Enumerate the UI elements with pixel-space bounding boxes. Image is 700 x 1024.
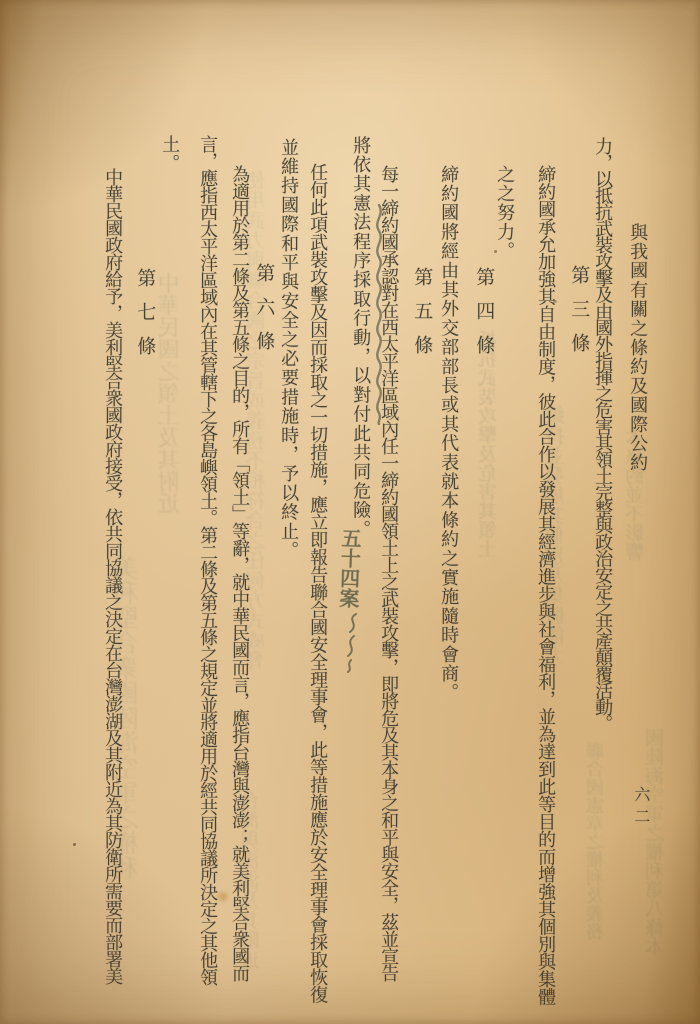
bleedthrough-text: 國陸海空軍之權利第八條本 bbox=[647, 728, 667, 956]
handwritten-note: 五十四案 bbox=[337, 528, 361, 609]
bleedthrough-text: 聯合國憲章之權利及義務 bbox=[587, 742, 606, 940]
article-4-heading: 第四條 bbox=[473, 267, 494, 369]
paper-stain bbox=[218, 892, 228, 901]
article-3-body-line-1: 締約國承允加強其自由制度，彼此合作以發展其經濟進步與社會福利，並為達到此等目的而… bbox=[536, 165, 556, 1005]
article-3-body-line-2: 之之努力。 bbox=[495, 165, 515, 261]
handwriting-squiggle bbox=[336, 612, 366, 674]
article-7-heading: 第七條 bbox=[134, 268, 155, 370]
scanned-page: 國陸海空軍之權利第八條本 本條約並不影響 聯合國憲章之權利及義務 維持並發展其個… bbox=[0, 0, 700, 1024]
article-5-body-line-2: 將依其憲法程序採取行動，以對付此共同危險。 bbox=[351, 136, 371, 539]
paper-speck bbox=[73, 843, 76, 846]
bleedthrough-text: 使用武力與聯合國之宗旨或義務不相符合之任何方式威脅 bbox=[248, 170, 269, 670]
bleedthrough-text: 中華民國之領土及其附近 bbox=[158, 272, 181, 514]
article-6-heading: 第六條 bbox=[253, 263, 274, 365]
article-5-heading: 第五條 bbox=[411, 267, 432, 369]
article-5-body-line-4: 並維持國際和平與安全之必要措施時，予以終止。 bbox=[279, 138, 299, 560]
article-5-body-line-1: 每一締約國承認對在西太平洋區域內任一締約國領土上之武裝攻擊，即將危及其本身之和平… bbox=[379, 165, 399, 981]
page-number: 六二 bbox=[631, 786, 649, 830]
article-6-body-line-3: 土。 bbox=[160, 135, 180, 173]
article-5-body-line-3: 任何此項武裝攻擊及因而採取之一切措施，應立即報告聯合國安全理事會，此等措施應於安… bbox=[308, 163, 328, 1003]
article-7-body: 中華民國政府給予，美利堅合衆國政府接受，依共同協議之決定在台灣澎湖及其附近為其防… bbox=[103, 168, 123, 984]
article-2-tail: 力，以抵抗武裝攻擊及由國外指揮之危害其領土完整與政治安定之共產顛覆活動。 bbox=[593, 137, 613, 731]
running-header: 與我國有關之條約及國際公約 bbox=[628, 223, 648, 473]
article-3-heading: 第三條 bbox=[568, 265, 589, 367]
article-6-body-line-2: 言，應指西太平洋區域內在其管轄下之各島嶼領土。第二條及第五條之規定並將適用於經共… bbox=[198, 135, 218, 985]
article-6-body-line-1: 為適用於第二條及第五條之目的，所有「領土」等辭，就中華民國而言，應指台灣與澎澎；… bbox=[230, 165, 250, 981]
article-4-body: 締約國將經由其外交部部長或其代表就本條約之實施隨時會商。 bbox=[439, 165, 459, 703]
